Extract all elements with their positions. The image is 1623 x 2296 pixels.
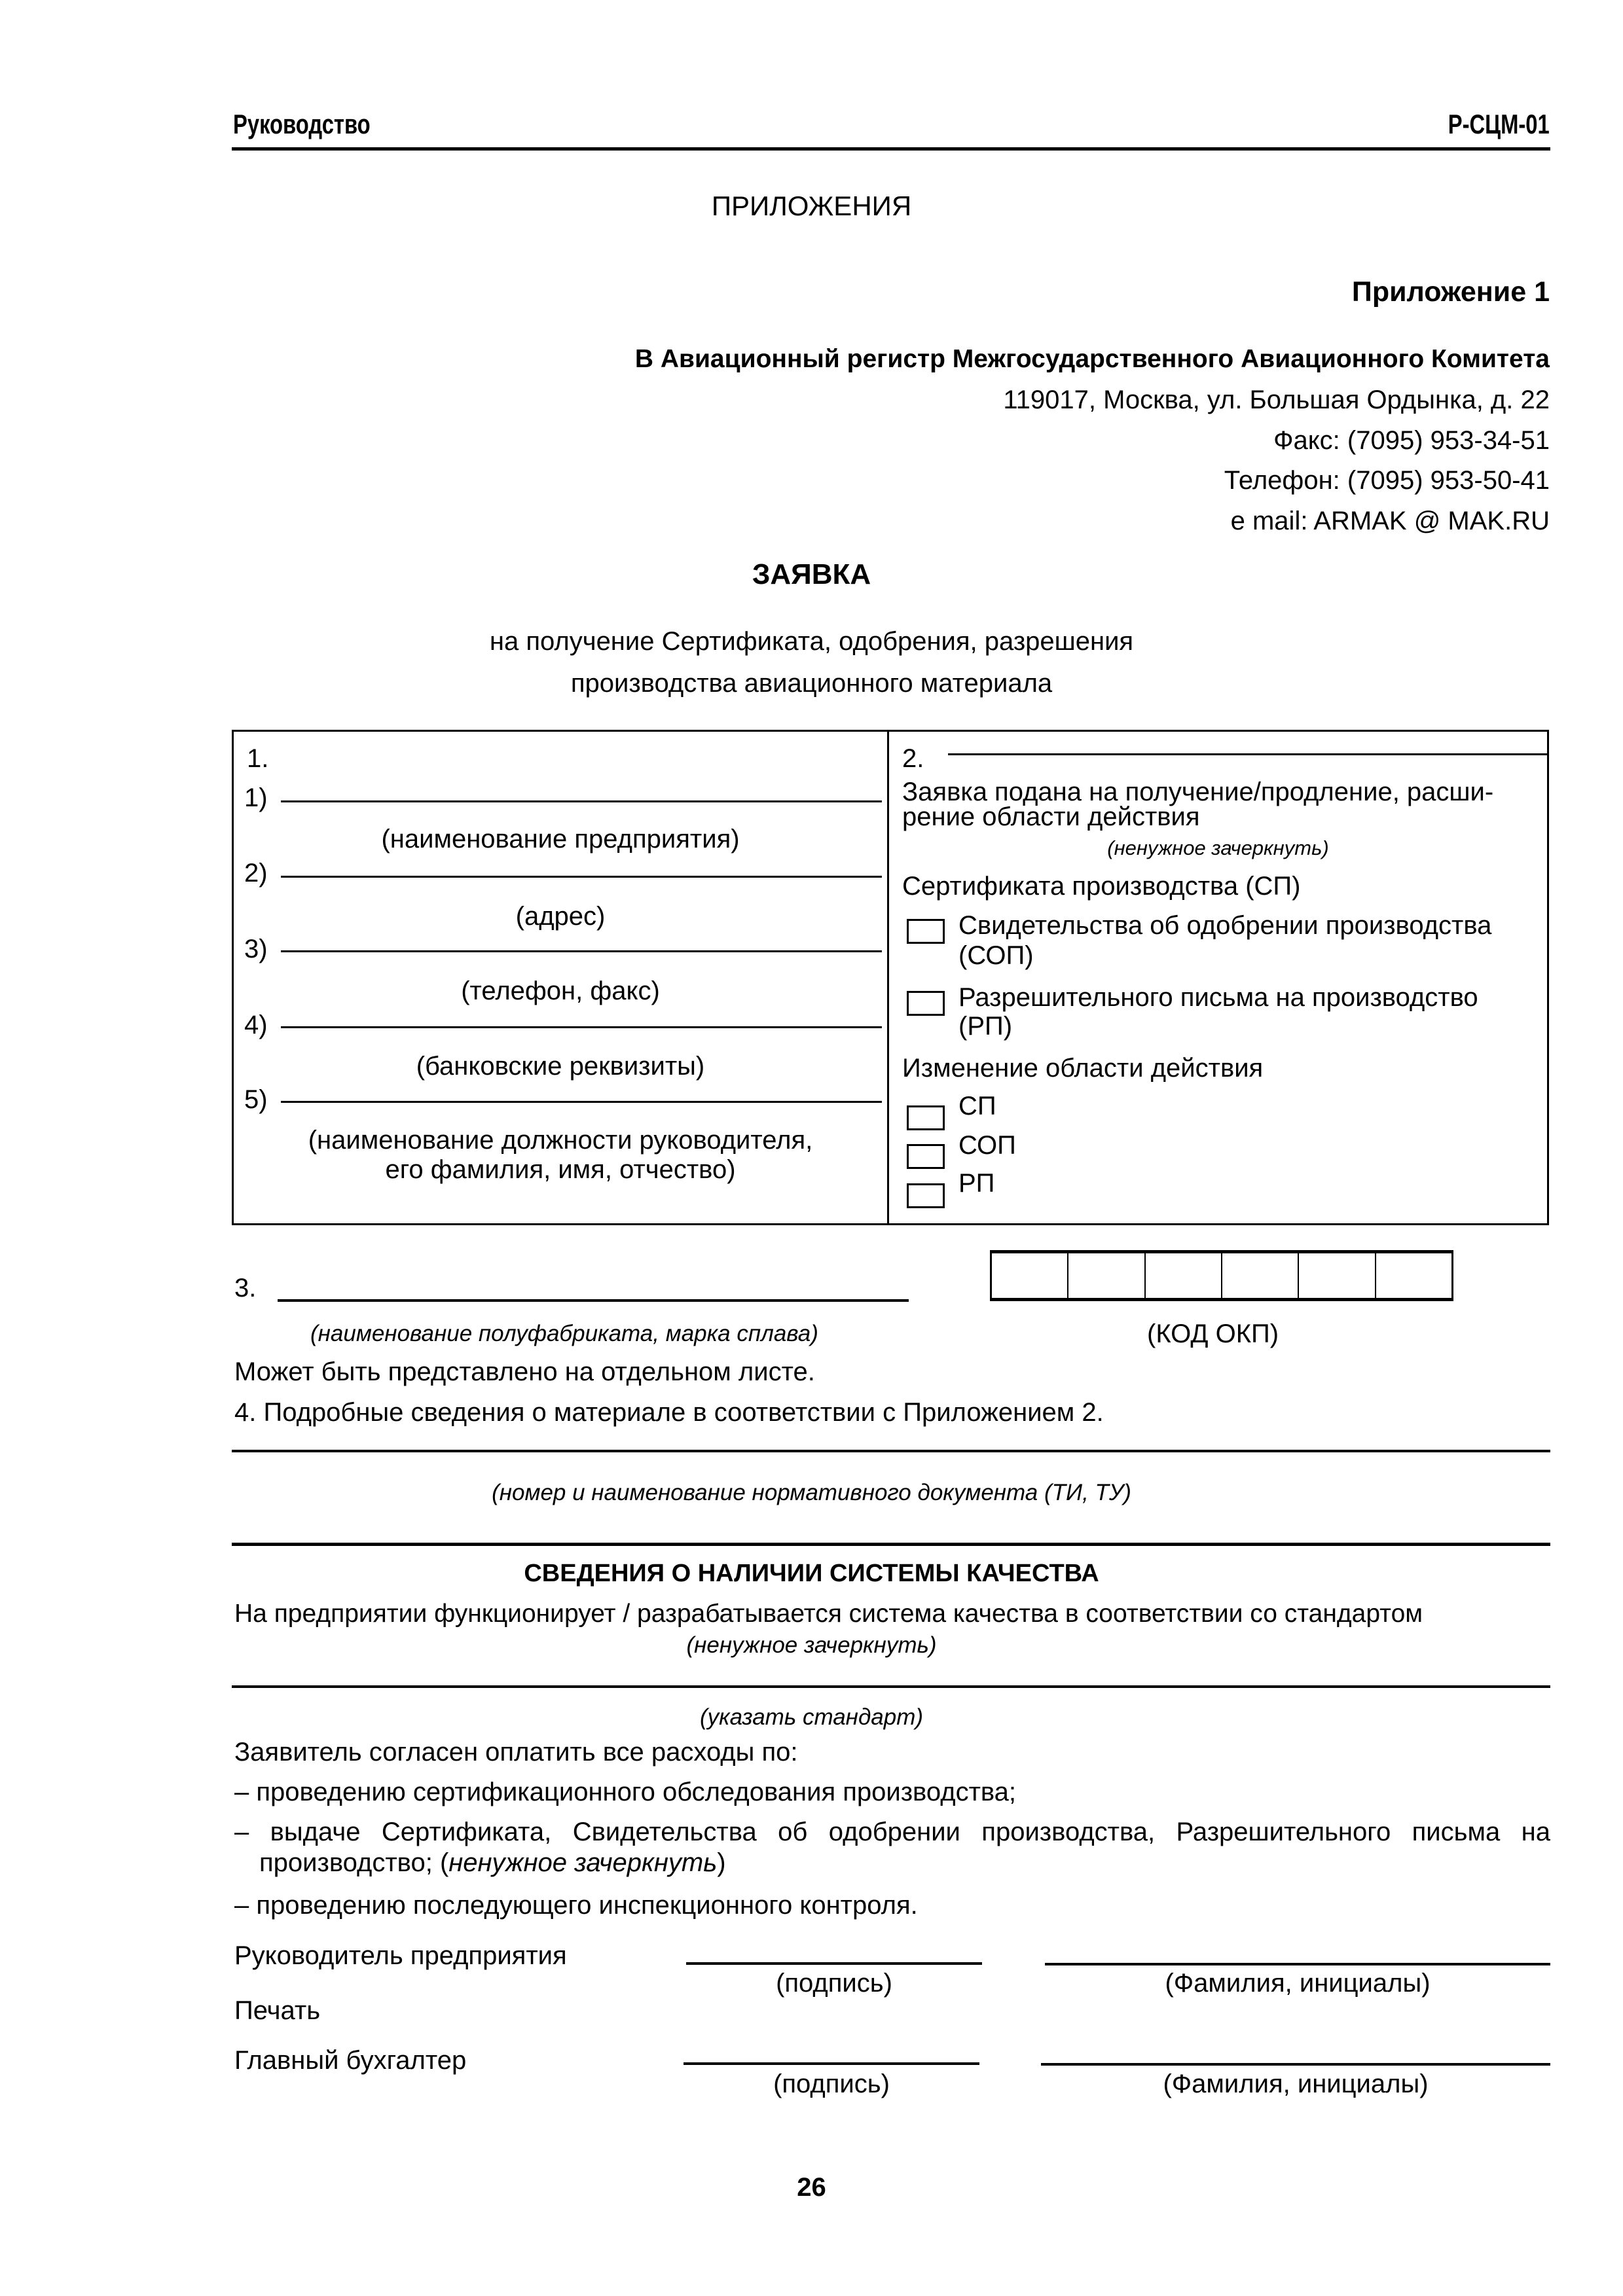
stamp-label: Печать bbox=[234, 1995, 320, 2026]
checkbox-change-rp[interactable] bbox=[907, 1183, 945, 1208]
field-caption: (банковские реквизиты) bbox=[234, 1050, 887, 1082]
change-sop-label: СОП bbox=[958, 1130, 1016, 1161]
application-type-intro-cont: рение области действия bbox=[902, 801, 1200, 833]
quality-strike-note: (ненужное зачеркнуть) bbox=[0, 1630, 1623, 1661]
okp-digit-cell[interactable] bbox=[1299, 1253, 1376, 1298]
normative-doc-field[interactable] bbox=[232, 1450, 1550, 1452]
addressee-email: e mail: ARMAK @ MAK.RU bbox=[1231, 505, 1550, 537]
checkbox-change-sp[interactable] bbox=[907, 1105, 945, 1130]
production-certificate-label: Сертификата производства (СП) bbox=[902, 870, 1301, 902]
payment-item: – проведению сертификационного обследова… bbox=[234, 1776, 1016, 1808]
quality-title: СВЕДЕНИЯ О НАЛИЧИИ СИСТЕМЫ КАЧЕСТВА bbox=[0, 1558, 1623, 1589]
section-title: ПРИЛОЖЕНИЯ bbox=[0, 190, 1623, 222]
applicant-details-column: 1. 1) (наименование предприятия) 2) (адр… bbox=[234, 732, 887, 1223]
application-table: 1. 1) (наименование предприятия) 2) (адр… bbox=[232, 730, 1549, 1225]
payment-item-cont-close: ) bbox=[717, 1848, 725, 1877]
semi-product-field[interactable] bbox=[278, 1299, 909, 1302]
enterprise-name-field[interactable] bbox=[281, 800, 882, 802]
field-caption: (адрес) bbox=[234, 901, 887, 932]
field-number: 1) bbox=[244, 782, 268, 814]
quality-text: На предприятии функционирует / разрабаты… bbox=[234, 1598, 1423, 1630]
field-caption: (наименование должности руководителя, bbox=[234, 1124, 887, 1156]
payment-item-cont: производство; (ненужное зачеркнуть) bbox=[259, 1847, 726, 1878]
standard-field[interactable] bbox=[232, 1685, 1550, 1688]
appendix-label: Приложение 1 bbox=[1352, 276, 1550, 308]
form-subtitle-line1: на получение Сертификата, одобрения, раз… bbox=[0, 626, 1623, 657]
field-number: 4) bbox=[244, 1009, 268, 1041]
payment-item: – проведению последующего инспекционного… bbox=[234, 1890, 918, 1921]
page-number: 26 bbox=[0, 2172, 1623, 2203]
addressee-phone: Телефон: (7095) 953-50-41 bbox=[1224, 465, 1550, 496]
payment-item-cont-text: производство; ( bbox=[259, 1848, 448, 1877]
quality-rule bbox=[232, 1543, 1550, 1546]
name-caption: (Фамилия, инициалы) bbox=[1045, 1967, 1550, 1999]
change-rp-label: РП bbox=[958, 1168, 994, 1199]
strike-note: (ненужное зачеркнуть) bbox=[889, 833, 1547, 864]
address-field[interactable] bbox=[281, 876, 882, 878]
okp-digit-cell[interactable] bbox=[992, 1253, 1068, 1298]
standard-caption: (указать стандарт) bbox=[0, 1702, 1623, 1733]
signature-caption: (подпись) bbox=[686, 1967, 982, 1999]
section-number-1: 1. bbox=[247, 743, 268, 774]
okp-digit-cell[interactable] bbox=[1146, 1253, 1222, 1298]
option-sop-label: Свидетельства об одобрении производства bbox=[958, 910, 1491, 941]
field-caption: его фамилия, имя, отчество) bbox=[234, 1154, 887, 1185]
form-subtitle-line2: производства авиационного материала bbox=[0, 668, 1623, 699]
field-caption: (телефон, факс) bbox=[234, 975, 887, 1007]
header-rule bbox=[232, 147, 1550, 151]
semi-product-caption: (наименование полуфабриката, марка сплав… bbox=[310, 1318, 818, 1350]
bank-details-field[interactable] bbox=[281, 1026, 882, 1028]
addressee-org: В Авиационный регистр Межгосударственног… bbox=[635, 344, 1550, 375]
section-number-2: 2. bbox=[902, 743, 924, 774]
form-title: ЗАЯВКА bbox=[0, 559, 1623, 590]
option-rp-label: Разрешительного письма на производство bbox=[958, 982, 1478, 1013]
payment-strike-note: ненужное зачеркнуть bbox=[448, 1848, 717, 1877]
head-label: Руководитель предприятия bbox=[234, 1940, 567, 1971]
accountant-label: Главный бухгалтер bbox=[234, 2045, 466, 2076]
field-number: 5) bbox=[244, 1084, 268, 1115]
application-type-column: 2. Заявка подана на получение/продление,… bbox=[889, 732, 1547, 1223]
okp-digit-cell[interactable] bbox=[1068, 1253, 1145, 1298]
okp-caption: (КОД ОКП) bbox=[1147, 1318, 1279, 1350]
scope-change-label: Изменение области действия bbox=[902, 1052, 1263, 1084]
accountant-signature-field[interactable] bbox=[684, 2062, 979, 2065]
option-sop-label-cont: (СОП) bbox=[958, 940, 1034, 971]
checkbox-rp[interactable] bbox=[907, 991, 945, 1016]
section-number-3: 3. bbox=[234, 1272, 256, 1304]
checkbox-sop[interactable] bbox=[907, 919, 945, 944]
okp-digit-cell[interactable] bbox=[1222, 1253, 1299, 1298]
okp-digit-cell[interactable] bbox=[1376, 1253, 1451, 1298]
addressee-address: 119017, Москва, ул. Большая Ордынка, д. … bbox=[1003, 384, 1550, 416]
option-rp-label-cont: (РП) bbox=[958, 1011, 1012, 1042]
section-2-field[interactable] bbox=[948, 753, 1547, 755]
running-header-left: Руководство bbox=[233, 109, 371, 140]
okp-code-grid bbox=[990, 1250, 1453, 1301]
field-number: 2) bbox=[244, 857, 268, 889]
accountant-name-field[interactable] bbox=[1041, 2063, 1550, 2066]
director-field[interactable] bbox=[281, 1101, 882, 1103]
running-header-right: Р-СЦМ-01 bbox=[1448, 109, 1550, 140]
payment-intro: Заявитель согласен оплатить все расходы … bbox=[234, 1736, 798, 1768]
addressee-fax: Факс: (7095) 953-34-51 bbox=[1273, 425, 1550, 456]
name-caption: (Фамилия, инициалы) bbox=[1041, 2068, 1550, 2100]
signature-caption: (подпись) bbox=[684, 2068, 979, 2100]
field-caption: (наименование предприятия) bbox=[234, 823, 887, 855]
checkbox-change-sop[interactable] bbox=[907, 1144, 945, 1169]
field-number: 3) bbox=[244, 933, 268, 965]
payment-item: – выдаче Сертификата, Свидетельства об о… bbox=[234, 1816, 1550, 1848]
separate-sheet-note: Может быть представлено на отдельном лис… bbox=[234, 1356, 815, 1388]
change-sp-label: СП bbox=[958, 1090, 996, 1122]
head-name-field[interactable] bbox=[1045, 1963, 1550, 1965]
section-4-text: 4. Подробные сведения о материале в соот… bbox=[234, 1397, 1104, 1428]
normative-doc-caption: (номер и наименование нормативного докум… bbox=[0, 1477, 1623, 1509]
phone-fax-field[interactable] bbox=[281, 950, 882, 952]
head-signature-field[interactable] bbox=[686, 1962, 982, 1965]
